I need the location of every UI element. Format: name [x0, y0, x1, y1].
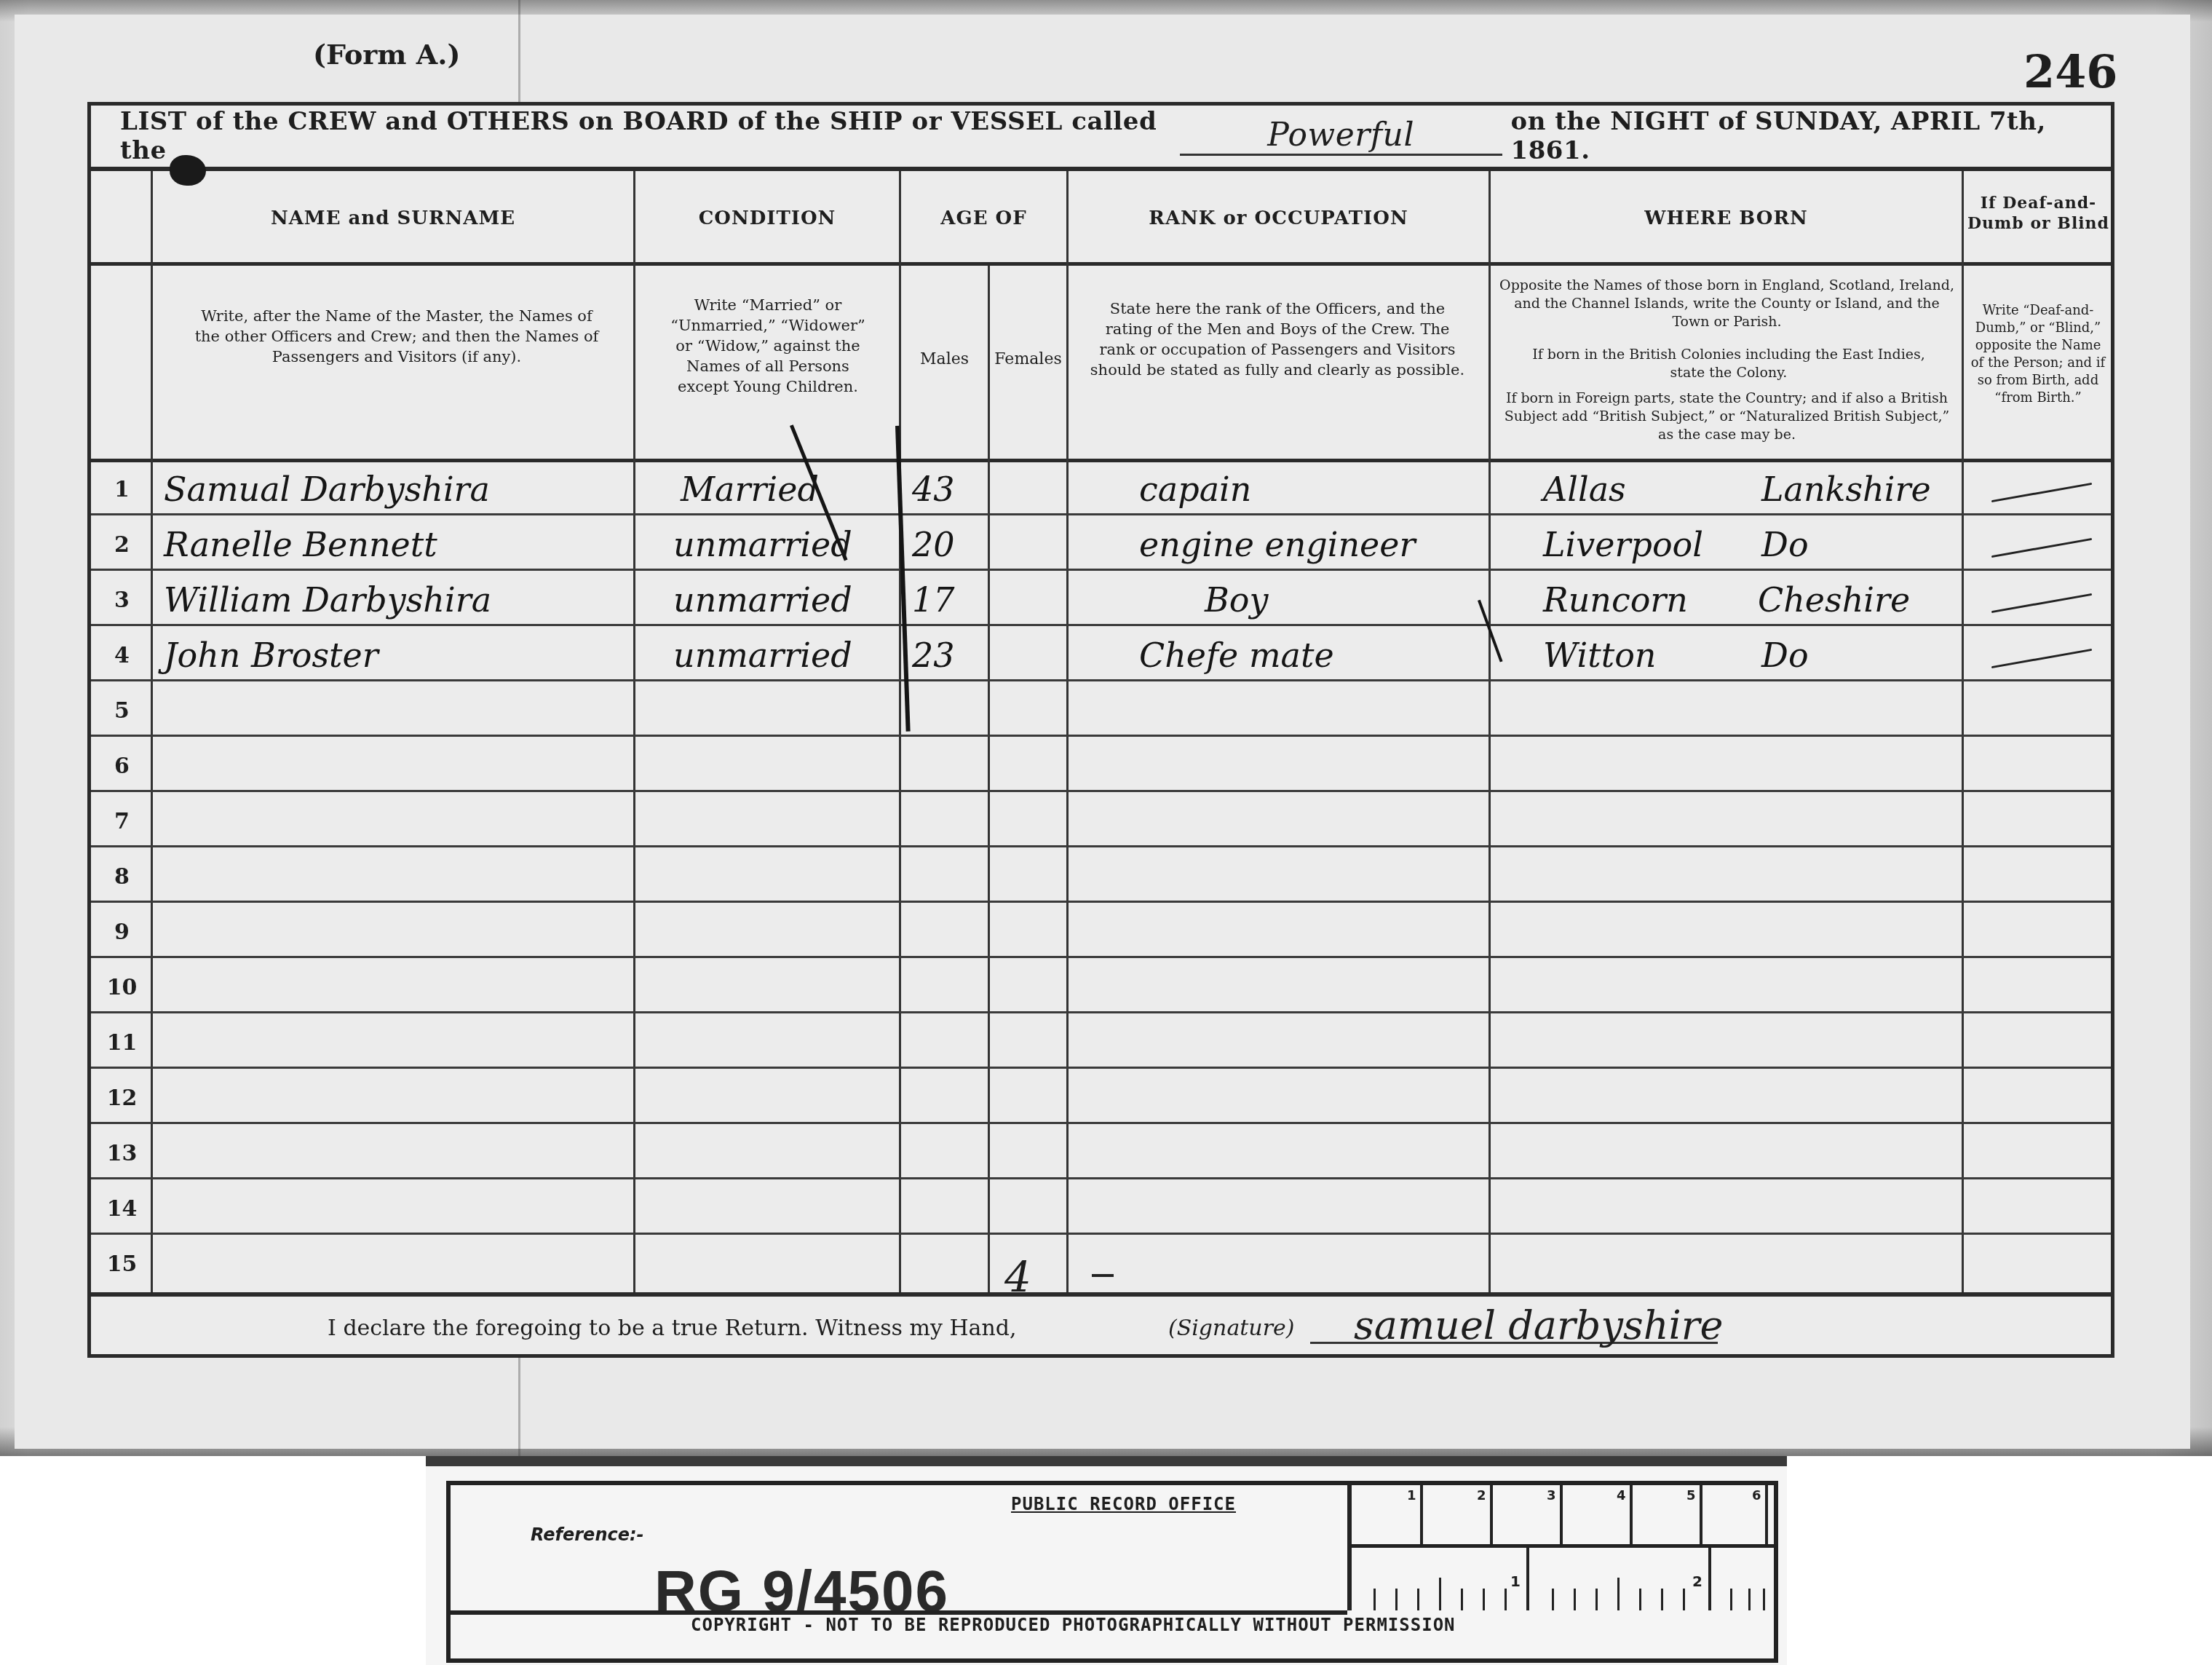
row-number: 4 — [91, 643, 153, 668]
row-line — [91, 845, 2111, 847]
row-line — [91, 1122, 2111, 1124]
entry-name: Ranelle Bennett — [164, 525, 437, 564]
label-females: Females — [990, 349, 1066, 370]
column-line-condition — [899, 171, 901, 1292]
cm-mark — [1490, 1485, 1493, 1548]
entry-age-male: 23 — [912, 636, 955, 675]
cm-label: 6 — [1752, 1488, 1761, 1503]
scale-tick — [1617, 1578, 1620, 1610]
ship-name-field: Powerful — [1180, 116, 1502, 156]
ink-blot — [170, 155, 206, 186]
row-line — [91, 569, 2111, 571]
form-label: (Form A.) — [313, 38, 460, 71]
entry-deaf-dash — [1991, 538, 2092, 558]
row-line — [91, 513, 2111, 515]
cm-label: 4 — [1617, 1488, 1626, 1503]
entry-born-county: Lankshire — [1761, 470, 1931, 509]
row-line — [91, 1067, 2111, 1069]
instructions-name: Write, after the Name of the Master, the… — [193, 306, 600, 367]
header-divider — [91, 262, 2111, 266]
instructions-deaf-blind: Write “Deaf-and-Dumb,” or “Blind,” oppos… — [1969, 302, 2107, 407]
cm-label: 2 — [1477, 1488, 1486, 1503]
entry-deaf-dash — [1991, 593, 2092, 613]
cm-label: 5 — [1686, 1488, 1696, 1503]
entry-age-male: 17 — [912, 580, 955, 620]
row-number: 1 — [91, 477, 153, 502]
scale-tick — [1483, 1589, 1485, 1610]
row-line — [91, 1233, 2111, 1235]
cm-mark — [1560, 1485, 1563, 1548]
header-condition: CONDITION — [635, 207, 899, 229]
entry-rank: capain — [1139, 470, 1251, 509]
row-number: 13 — [91, 1141, 153, 1166]
header-name: NAME and SURNAME — [153, 207, 633, 229]
entry-age-male: 43 — [912, 470, 955, 509]
entry-rank: Chefe mate — [1139, 636, 1334, 675]
row-number: 5 — [91, 698, 153, 724]
scale-tick — [1552, 1589, 1554, 1610]
instructions-rank: State here the rank of the Officers, and… — [1088, 298, 1467, 380]
entry-rank: Boy — [1205, 580, 1269, 620]
entry-born-county: Do — [1761, 525, 1809, 564]
column-line-rank — [1488, 171, 1491, 1292]
title-suffix: on the NIGHT of SUNDAY, APRIL 7th, 1861. — [1511, 107, 2112, 165]
row-number: 11 — [91, 1030, 153, 1056]
row-line — [91, 1177, 2111, 1179]
total-females-dash — [1092, 1274, 1114, 1277]
entry-born-county: Cheshire — [1758, 580, 1910, 620]
column-line-name — [633, 171, 635, 1292]
header-deaf-blind: If Deaf-and-Dumb or Blind — [1964, 193, 2113, 234]
row-number: 12 — [91, 1085, 153, 1111]
office-name: PUBLIC RECORD OFFICE — [1011, 1494, 1236, 1514]
signature-label: (Signature) — [1168, 1316, 1294, 1341]
scale-tick — [1683, 1589, 1685, 1610]
entry-condition: Married — [681, 470, 819, 509]
column-line-where-born — [1962, 171, 1964, 1292]
form-title-row: LIST of the CREW and OTHERS on BOARD of … — [91, 106, 2111, 171]
entry-born-town: Witton — [1543, 636, 1656, 675]
cm-mark — [1420, 1485, 1423, 1548]
row-line — [91, 790, 2111, 792]
entry-born-county: Do — [1761, 636, 1809, 675]
row-line — [91, 679, 2111, 681]
inch-label: 2 — [1692, 1573, 1702, 1590]
entry-born-town: Runcorn — [1543, 580, 1688, 620]
copyright-notice: COPYRIGHT - NOT TO BE REPRODUCED PHOTOGR… — [691, 1615, 1456, 1635]
scale-tick — [1748, 1589, 1751, 1610]
row-number: 3 — [91, 588, 153, 613]
scale-tick — [1417, 1589, 1419, 1610]
scale-tick — [1395, 1589, 1398, 1610]
scale-tick — [1763, 1589, 1765, 1610]
crew-list-form: LIST of the CREW and OTHERS on BOARD of … — [87, 102, 2114, 1358]
row-line — [91, 1011, 2111, 1013]
instructions-condition: Write “Married” or “Unmarried,” “Widower… — [666, 295, 870, 397]
scale-tick — [1639, 1589, 1641, 1610]
reference-label-box: PUBLIC RECORD OFFICE Reference:- RG 9/45… — [446, 1481, 1778, 1663]
scale-tick — [1461, 1589, 1463, 1610]
row-number: 15 — [91, 1251, 153, 1277]
row-line — [91, 624, 2111, 626]
column-line-age — [1066, 171, 1069, 1292]
declaration-row: I declare the foregoing to be a true Ret… — [91, 1292, 2111, 1361]
folio-number: 246 — [2023, 45, 2117, 98]
cm-label: 3 — [1547, 1488, 1556, 1503]
instructions-where-born-3: If born in Foreign parts, state the Coun… — [1499, 389, 1954, 444]
scale-tick — [1505, 1589, 1507, 1610]
cm-label: 1 — [1407, 1488, 1416, 1503]
declaration-text: I declare the foregoing to be a true Ret… — [328, 1316, 1017, 1341]
entry-name: William Darbyshira — [164, 580, 491, 620]
entry-condition: unmarried — [673, 525, 852, 564]
header-age: AGE OF — [901, 207, 1066, 229]
entry-age-male: 20 — [912, 525, 955, 564]
row-line — [91, 735, 2111, 737]
signature: samuel darbyshire — [1354, 1302, 1723, 1348]
column-line-rownum — [151, 171, 153, 1292]
title-prefix: LIST of the CREW and OTHERS on BOARD of … — [120, 107, 1171, 165]
scale-tick — [1574, 1589, 1576, 1610]
row-line — [91, 901, 2111, 903]
entry-name: Samual Darbyshira — [164, 470, 490, 509]
inch-mark — [1708, 1548, 1711, 1610]
inch-label: 1 — [1510, 1573, 1521, 1590]
tally-stroke — [895, 426, 911, 732]
row-line — [91, 956, 2111, 958]
census-page: (Form A.) 246 LIST of the CREW and OTHER… — [0, 0, 2212, 1456]
inch-mark — [1526, 1548, 1529, 1610]
reference-caption: Reference:- — [531, 1524, 644, 1545]
row-number: 2 — [91, 532, 153, 558]
row-number: 9 — [91, 919, 153, 945]
cm-mark — [1630, 1485, 1633, 1548]
row-number: 10 — [91, 975, 153, 1000]
scale-tick — [1661, 1589, 1663, 1610]
scale-tick — [1373, 1589, 1376, 1610]
row-number: 7 — [91, 809, 153, 834]
scale-tick — [1730, 1589, 1732, 1610]
reference-label-card: PUBLIC RECORD OFFICE Reference:- RG 9/45… — [426, 1456, 1787, 1665]
instructions-divider — [91, 459, 2111, 462]
cm-scale: 1 2 3 4 5 6 — [1352, 1485, 1774, 1548]
header-rank: RANK or OCCUPATION — [1069, 207, 1488, 229]
measurement-scale: 1 2 3 4 5 6 1 2 — [1347, 1485, 1774, 1610]
entry-born-town: Liverpool — [1543, 525, 1703, 564]
label-males: Males — [901, 349, 988, 370]
entry-born-town: Allas — [1543, 470, 1626, 509]
cm-mark — [1700, 1485, 1702, 1548]
scale-tick — [1595, 1589, 1598, 1610]
entry-deaf-dash — [1991, 649, 2092, 668]
row-number: 14 — [91, 1196, 153, 1222]
row-number: 8 — [91, 864, 153, 890]
entry-deaf-dash — [1991, 483, 2092, 502]
cm-mark — [1765, 1485, 1768, 1548]
entry-name: John Broster — [164, 636, 378, 675]
row-number: 6 — [91, 754, 153, 779]
instructions-where-born-1: Opposite the Names of those born in Engl… — [1499, 277, 1954, 331]
header-where-born: WHERE BORN — [1491, 207, 1962, 229]
column-line-males — [988, 266, 990, 1292]
entry-rank: engine engineer — [1139, 525, 1416, 564]
entry-condition: unmarried — [673, 580, 852, 620]
instructions-where-born-2: If born in the British Colonies includin… — [1518, 346, 1940, 382]
entry-condition: unmarried — [673, 636, 852, 675]
scale-tick — [1439, 1578, 1441, 1610]
